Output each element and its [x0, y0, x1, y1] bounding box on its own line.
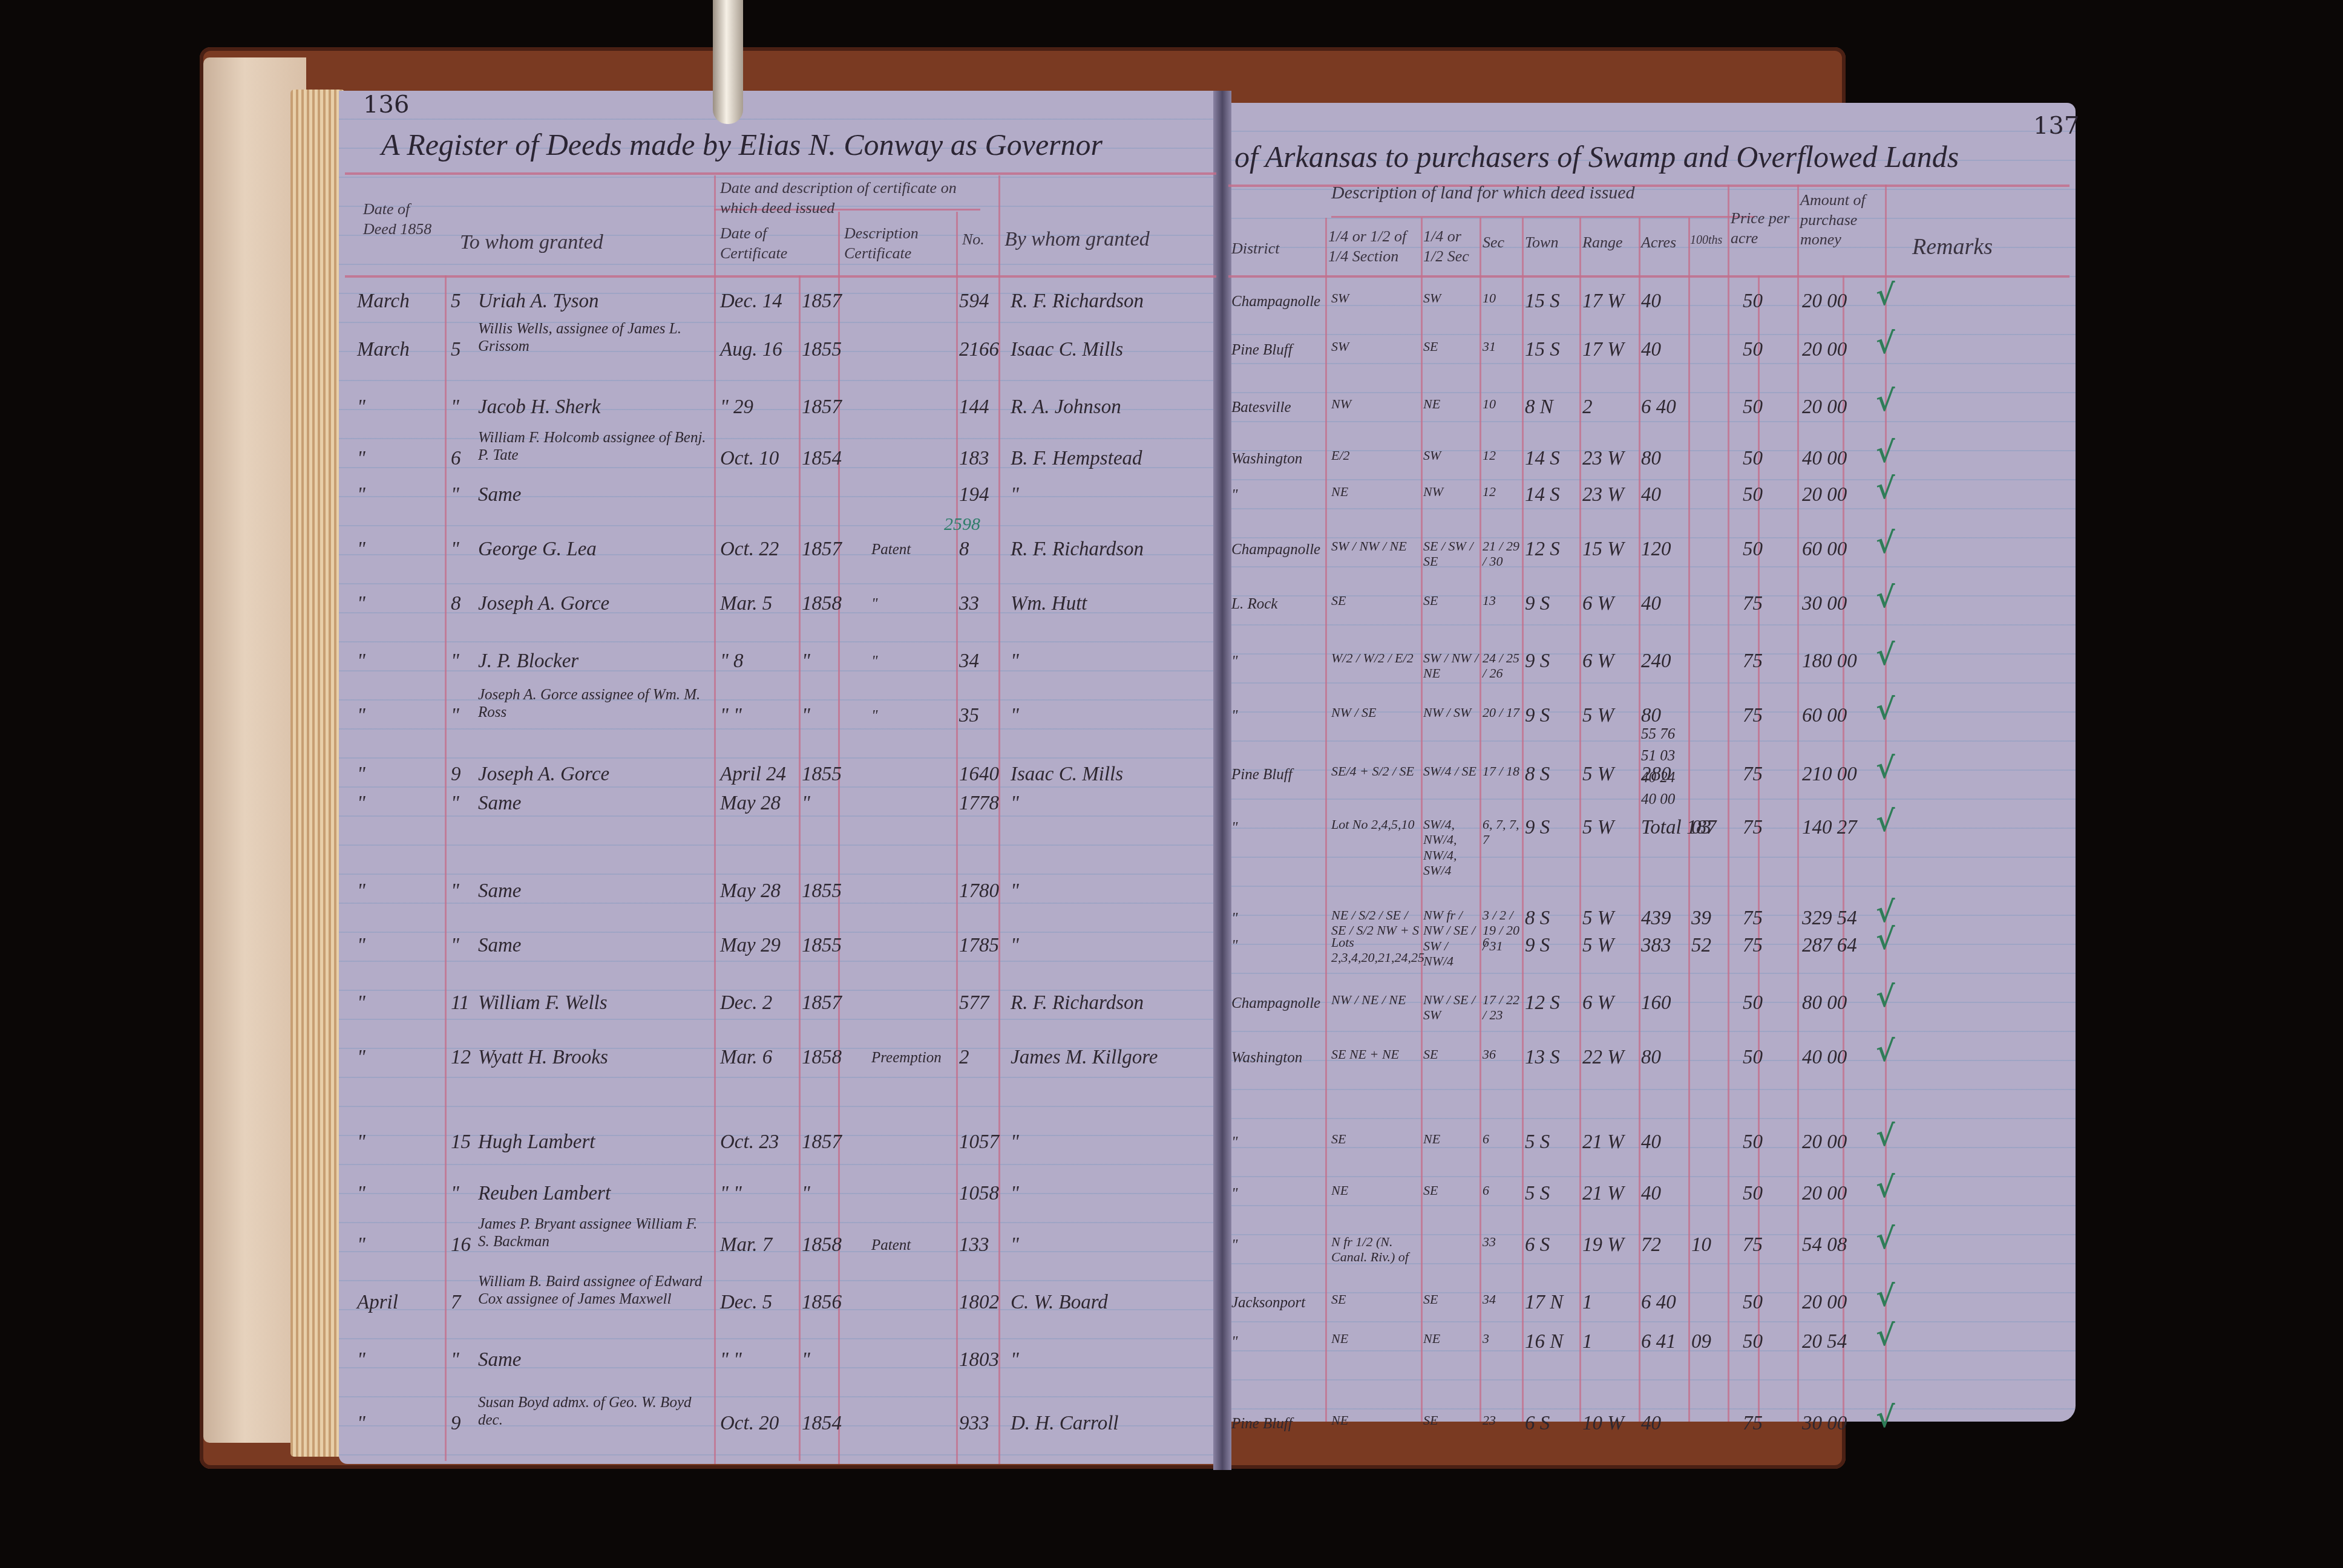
page-stack — [290, 90, 345, 1457]
book-gutter — [1213, 91, 1231, 1470]
certificate-year: 1858 — [802, 1047, 842, 1070]
certificate-year: 1857 — [802, 538, 842, 561]
land-district: Washington — [1231, 1050, 1302, 1067]
certificate-date: May 29 — [720, 935, 781, 958]
quarter-section: Lots 2,3,4,20,21,24,25 — [1331, 935, 1422, 965]
acre-part: 40 00 — [1641, 791, 1675, 809]
quarter-sec: SE — [1423, 593, 1479, 608]
range: 17 W — [1582, 339, 1624, 362]
granted-by: " — [1011, 792, 1019, 815]
grantee-name: Same — [478, 1349, 521, 1372]
deed-day: " — [451, 484, 459, 507]
price-per-acre: 50 — [1743, 992, 1763, 1015]
header-date-of-deed: Date of Deed 1858 — [363, 200, 442, 239]
acres-hundredths: 10 — [1691, 1234, 1711, 1257]
col-rule — [998, 175, 1000, 1464]
certificate-date: " 29 — [720, 396, 753, 419]
deed-day: 7 — [451, 1292, 461, 1315]
col-rule — [1639, 218, 1640, 1422]
deed-day: " — [451, 396, 459, 419]
section-number: 17 / 22 / 23 — [1483, 992, 1521, 1023]
acres: 40 — [1641, 1131, 1661, 1154]
quarter-sec: SW/4 / SE — [1423, 763, 1479, 779]
granted-by: James M. Killgore — [1011, 1047, 1158, 1070]
price-per-acre: 50 — [1743, 396, 1763, 419]
header-hundredths: 100ths — [1690, 233, 1722, 248]
township: 6 S — [1525, 1413, 1550, 1436]
acres: 80 — [1641, 1047, 1661, 1070]
purchase-amount: 329 54 — [1802, 907, 1857, 930]
land-district: " — [1231, 1334, 1238, 1351]
acres: 240 — [1641, 650, 1671, 673]
deed-day: 5 — [451, 339, 461, 362]
price-per-acre: 75 — [1743, 650, 1763, 673]
township: 8 S — [1525, 907, 1550, 930]
certificate-year: " — [802, 792, 810, 815]
acres-hundredths: 39 — [1691, 907, 1711, 930]
land-district: " — [1231, 487, 1238, 505]
certificate-year: 1857 — [802, 396, 842, 419]
township: 9 S — [1525, 817, 1550, 840]
deed-month: " — [357, 935, 365, 958]
land-district: Washington — [1231, 451, 1302, 468]
granted-by: " — [1011, 1183, 1019, 1206]
grantee-name: William B. Baird assignee of Edward Cox … — [478, 1273, 711, 1308]
granted-by: " — [1011, 1234, 1019, 1257]
quarter-section: SW / NW / NE — [1331, 538, 1422, 554]
quarter-section: NW — [1331, 396, 1422, 411]
granted-by: C. W. Board — [1011, 1292, 1108, 1315]
acres: 80 — [1641, 448, 1661, 471]
quarter-sec: SE — [1423, 1413, 1479, 1428]
certificate-description: " — [871, 708, 878, 725]
price-per-acre: 50 — [1743, 339, 1763, 362]
quarter-sec: SE — [1423, 1047, 1479, 1062]
granted-by: " — [1011, 1131, 1019, 1154]
granted-by: " — [1011, 935, 1019, 958]
ledger-title-right: of Arkansas to purchasers of Swamp and O… — [1234, 139, 1959, 174]
certificate-year: 1858 — [802, 593, 842, 616]
range: 10 W — [1582, 1413, 1624, 1436]
deed-month: " — [357, 992, 365, 1015]
header-rule-bottom-left — [345, 275, 1216, 278]
deed-month: " — [357, 650, 365, 673]
granted-by: R. F. Richardson — [1011, 290, 1144, 313]
price-per-acre: 75 — [1743, 593, 1763, 616]
deed-day: " — [451, 650, 459, 673]
range: 5 W — [1582, 817, 1614, 840]
granted-by: R. F. Richardson — [1011, 538, 1144, 561]
acres: 6 40 — [1641, 1292, 1676, 1315]
land-district: Champagnolle — [1231, 995, 1320, 1013]
grantee-name: George G. Lea — [478, 538, 597, 561]
verified-check-icon: √ — [1876, 923, 1895, 956]
land-district: Champagnolle — [1231, 541, 1320, 559]
grantee-name: Same — [478, 792, 521, 815]
range: 21 W — [1582, 1183, 1624, 1206]
certificate-number: 35 — [959, 705, 979, 728]
quarter-section: SE/4 + S/2 / SE — [1331, 763, 1422, 779]
certificate-date: May 28 — [720, 880, 781, 903]
price-per-acre: 50 — [1743, 448, 1763, 471]
certificate-number: 194 — [959, 484, 989, 507]
verified-check-icon: √ — [1876, 1319, 1895, 1353]
quarter-section: SE — [1331, 1292, 1422, 1307]
certificate-number: 8 — [959, 538, 969, 561]
section-number: 23 — [1483, 1413, 1521, 1428]
deed-month: " — [357, 448, 365, 471]
grantee-name: Susan Boyd admx. of Geo. W. Boyd dec. — [478, 1394, 711, 1429]
price-per-acre: 75 — [1743, 705, 1763, 728]
range: 5 W — [1582, 763, 1614, 786]
deed-month: " — [357, 1047, 365, 1070]
certificate-number: 577 — [959, 992, 989, 1015]
range: 5 W — [1582, 907, 1614, 930]
quarter-sec: SW / NW / NE — [1423, 650, 1479, 681]
section-number: 21 / 29 / 30 — [1483, 538, 1521, 569]
certificate-number: 1057 — [959, 1131, 999, 1154]
deed-day: 8 — [451, 593, 461, 616]
price-per-acre: 75 — [1743, 935, 1763, 958]
certificate-date: " 8 — [720, 650, 744, 673]
deed-month: " — [357, 792, 365, 815]
verified-check-icon: √ — [1876, 1119, 1895, 1153]
price-per-acre: 75 — [1743, 1413, 1763, 1436]
deed-month: " — [357, 1413, 365, 1436]
land-district: " — [1231, 910, 1238, 928]
deed-day: 6 — [451, 448, 461, 471]
granted-by: " — [1011, 484, 1019, 507]
quarter-sec: NE — [1423, 1331, 1479, 1346]
grantee-name: Joseph A. Gorce — [478, 763, 609, 786]
range: 6 W — [1582, 992, 1614, 1015]
township: 5 S — [1525, 1131, 1550, 1154]
certificate-number: 1778 — [959, 792, 999, 815]
grantee-name: Reuben Lambert — [478, 1183, 611, 1206]
land-district: Jacksonport — [1231, 1295, 1305, 1312]
certificate-number: 933 — [959, 1413, 989, 1436]
verified-check-icon: √ — [1876, 693, 1895, 727]
col-rule — [799, 275, 801, 1461]
deed-month: " — [357, 396, 365, 419]
deed-day: 16 — [451, 1234, 471, 1257]
range: 6 W — [1582, 650, 1614, 673]
header-town: Town — [1525, 233, 1558, 253]
acres: 6 41 — [1641, 1331, 1676, 1354]
certificate-year: 1857 — [802, 1131, 842, 1154]
certificate-number: 144 — [959, 396, 989, 419]
deed-month: April — [357, 1292, 398, 1315]
grantee-name: J. P. Blocker — [478, 650, 578, 673]
purchase-amount: 180 00 — [1802, 650, 1857, 673]
acres: 40 — [1641, 593, 1661, 616]
section-number: 12 — [1483, 484, 1521, 499]
quarter-section: SW — [1331, 290, 1422, 305]
certificate-date: Mar. 5 — [720, 593, 772, 616]
verified-check-icon: √ — [1876, 436, 1895, 469]
quarter-sec: SW — [1423, 290, 1479, 305]
quarter-sec: SE — [1423, 339, 1479, 354]
township: 15 S — [1525, 290, 1560, 313]
certificate-date: Dec. 2 — [720, 992, 772, 1015]
deed-day: " — [451, 538, 459, 561]
metal-clip — [713, 0, 743, 124]
certificate-year: 1858 — [802, 1234, 842, 1257]
col-rule — [1579, 218, 1581, 1422]
header-to-whom-granted: To whom granted — [460, 230, 603, 256]
acres-hundredths: 03 — [1691, 817, 1711, 840]
range: 22 W — [1582, 1047, 1624, 1070]
land-district: L. Rock — [1231, 596, 1277, 613]
granted-by: Isaac C. Mills — [1011, 339, 1123, 362]
quarter-section: W/2 / W/2 / E/2 — [1331, 650, 1422, 665]
header-no: No. — [962, 230, 985, 250]
price-per-acre: 50 — [1743, 1292, 1763, 1315]
certificate-year: 1855 — [802, 935, 842, 958]
purchase-amount: 20 00 — [1802, 484, 1847, 507]
grantee-name: Wyatt H. Brooks — [478, 1047, 608, 1070]
certificate-description: " — [871, 596, 878, 613]
township: 6 S — [1525, 1234, 1550, 1257]
verified-check-icon: √ — [1876, 638, 1895, 672]
deed-day: 9 — [451, 1413, 461, 1436]
col-rule — [1522, 218, 1524, 1422]
township: 17 N — [1525, 1292, 1563, 1315]
purchase-amount: 20 54 — [1802, 1331, 1847, 1354]
range: 5 W — [1582, 935, 1614, 958]
quarter-section: NE — [1331, 1413, 1422, 1428]
certificate-date: Dec. 5 — [720, 1292, 772, 1315]
land-district: Champagnolle — [1231, 293, 1320, 311]
certificate-number: 2 — [959, 1047, 969, 1070]
certificate-number: 1640 — [959, 763, 999, 786]
header-price-per-acre: Price per acre — [1731, 209, 1791, 248]
section-number: 34 — [1483, 1292, 1521, 1307]
land-district: Pine Bluff — [1231, 766, 1293, 784]
purchase-amount: 20 00 — [1802, 1183, 1847, 1206]
purchase-amount: 20 00 — [1802, 339, 1847, 362]
range: 1 — [1582, 1292, 1593, 1315]
quarter-section: N fr 1/2 (N. Canal. Riv.) of — [1331, 1234, 1422, 1265]
deed-month: March — [357, 339, 410, 362]
quarter-sec: NW / SE / SW — [1423, 992, 1479, 1023]
acres-hundredths: 52 — [1691, 935, 1711, 958]
acre-part: 55 76 — [1641, 726, 1675, 743]
header-rule-bottom-right — [1228, 275, 2069, 278]
header-remarks: Remarks — [1912, 233, 1993, 262]
grantee-name: Same — [478, 880, 521, 903]
certificate-year: " — [802, 1349, 810, 1372]
acres: 40 — [1641, 339, 1661, 362]
grantee-name: Same — [478, 484, 521, 507]
granted-by: " — [1011, 650, 1019, 673]
right-page-number: 137 — [2033, 112, 2079, 140]
certificate-year: 1856 — [802, 1292, 842, 1315]
township: 14 S — [1525, 484, 1560, 507]
section-number: 6 — [1483, 935, 1521, 950]
certificate-year: " — [802, 650, 810, 673]
price-per-acre: 75 — [1743, 907, 1763, 930]
purchase-amount: 60 00 — [1802, 705, 1847, 728]
acres: 80 — [1641, 705, 1661, 728]
certificate-description: Patent — [871, 1237, 911, 1255]
purchase-amount: 140 27 — [1802, 817, 1857, 840]
township: 8 N — [1525, 396, 1553, 419]
certificate-number: 34 — [959, 650, 979, 673]
verified-check-icon: √ — [1876, 1400, 1895, 1434]
quarter-sec: NW — [1423, 484, 1479, 499]
margin-note: 2598 — [944, 514, 980, 535]
quarter-sec: NE — [1423, 1131, 1479, 1146]
deed-day: " — [451, 880, 459, 903]
deed-month: " — [357, 763, 365, 786]
certificate-number: 2166 — [959, 339, 999, 362]
deed-day: " — [451, 1349, 459, 1372]
purchase-amount: 30 00 — [1802, 593, 1847, 616]
range: 15 W — [1582, 538, 1624, 561]
range: 23 W — [1582, 484, 1624, 507]
verified-check-icon: √ — [1876, 526, 1895, 560]
township: 15 S — [1525, 339, 1560, 362]
grantee-name: Willis Wells, assignee of James L. Griss… — [478, 321, 711, 356]
deed-day: " — [451, 705, 459, 728]
township: 13 S — [1525, 1047, 1560, 1070]
purchase-amount: 30 00 — [1802, 1413, 1847, 1436]
purchase-amount: 20 00 — [1802, 396, 1847, 419]
granted-by: " — [1011, 880, 1019, 903]
grantee-name: Jacob H. Sherk — [478, 396, 601, 419]
granted-by: R. F. Richardson — [1011, 992, 1144, 1015]
land-district: Batesville — [1231, 399, 1291, 417]
quarter-section: SE NE + NE — [1331, 1047, 1422, 1062]
grantee-name: Hugh Lambert — [478, 1131, 595, 1154]
verified-check-icon: √ — [1876, 581, 1895, 615]
section-number: 10 — [1483, 290, 1521, 305]
col-rule — [1797, 185, 1799, 1422]
header-land-group: Description of land for which deed issue… — [1331, 181, 1719, 204]
land-district: " — [1231, 1186, 1238, 1203]
purchase-amount: 40 00 — [1802, 448, 1847, 471]
quarter-section: Lot No 2,4,5,10 — [1331, 817, 1422, 832]
header-amount: Amount of purchase money — [1800, 191, 1885, 250]
deed-day: 11 — [451, 992, 470, 1015]
township: 9 S — [1525, 705, 1550, 728]
grantee-name: Joseph A. Gorce assignee of Wm. M. Ross — [478, 687, 711, 722]
quarter-sec: SW — [1423, 448, 1479, 463]
quarter-section: NE — [1331, 1331, 1422, 1346]
deed-day: 9 — [451, 763, 461, 786]
header-range: Range — [1582, 233, 1622, 253]
deed-month: " — [357, 1131, 365, 1154]
col-rule — [714, 175, 716, 1464]
verified-check-icon: √ — [1876, 980, 1895, 1014]
granted-by: B. F. Hempstead — [1011, 448, 1142, 471]
acres: 40 — [1641, 1413, 1661, 1436]
price-per-acre: 75 — [1743, 1234, 1763, 1257]
quarter-sec: SE — [1423, 1183, 1479, 1198]
section-number: 13 — [1483, 593, 1521, 608]
quarter-section: NW / SE — [1331, 705, 1422, 720]
header-acres: Acres — [1641, 233, 1676, 253]
verified-check-icon: √ — [1876, 384, 1895, 418]
price-per-acre: 50 — [1743, 1047, 1763, 1070]
purchase-amount: 20 00 — [1802, 1131, 1847, 1154]
township: 8 S — [1525, 763, 1550, 786]
deed-month: " — [357, 1183, 365, 1206]
price-per-acre: 75 — [1743, 817, 1763, 840]
range: 23 W — [1582, 448, 1624, 471]
verified-check-icon: √ — [1876, 1171, 1895, 1204]
quarter-section: NE — [1331, 484, 1422, 499]
purchase-amount: 60 00 — [1802, 538, 1847, 561]
section-number: 31 — [1483, 339, 1521, 354]
certificate-number: 1058 — [959, 1183, 999, 1206]
deed-month: " — [357, 705, 365, 728]
section-number: 6 — [1483, 1131, 1521, 1146]
granted-by: R. A. Johnson — [1011, 396, 1121, 419]
grantee-name: William F. Wells — [478, 992, 608, 1015]
certificate-year: " — [802, 1183, 810, 1206]
header-quarter-sec: 1/4 or 1/2 Sec — [1423, 227, 1478, 266]
purchase-amount: 287 64 — [1802, 935, 1857, 958]
purchase-amount: 40 00 — [1802, 1047, 1847, 1070]
verified-check-icon: √ — [1876, 1222, 1895, 1256]
deed-month: " — [357, 538, 365, 561]
section-number: 20 / 17 — [1483, 705, 1521, 720]
granted-by: " — [1011, 1349, 1019, 1372]
certificate-date: Oct. 10 — [720, 448, 779, 471]
header-rule-top-left — [345, 172, 1216, 175]
quarter-sec: SE — [1423, 1292, 1479, 1307]
purchase-amount: 210 00 — [1802, 763, 1857, 786]
land-group-rule — [1331, 216, 1755, 218]
price-per-acre: 50 — [1743, 484, 1763, 507]
granted-by: " — [1011, 705, 1019, 728]
land-district: " — [1231, 653, 1238, 671]
certificate-date: Mar. 6 — [720, 1047, 772, 1070]
grantee-name: Uriah A. Tyson — [478, 290, 599, 313]
certificate-year: 1854 — [802, 448, 842, 471]
verified-check-icon: √ — [1876, 327, 1895, 361]
deed-month: " — [357, 880, 365, 903]
verified-check-icon: √ — [1876, 1279, 1895, 1313]
acres: 120 — [1641, 538, 1671, 561]
left-page-number: 136 — [363, 91, 409, 119]
certificate-number: 1802 — [959, 1292, 999, 1315]
quarter-section: NW / NE / NE — [1331, 992, 1422, 1007]
certificate-date: " " — [720, 1349, 742, 1372]
acres: 160 — [1641, 992, 1671, 1015]
certificate-description: Patent — [871, 541, 911, 559]
grantee-name: Joseph A. Gorce — [478, 593, 609, 616]
land-district: " — [1231, 820, 1238, 837]
price-per-acre: 50 — [1743, 290, 1763, 313]
acres: 40 — [1641, 290, 1661, 313]
grantee-name: James P. Bryant assignee William F. S. B… — [478, 1216, 711, 1251]
col-rule — [1325, 218, 1327, 1422]
township: 9 S — [1525, 935, 1550, 958]
certificate-number: 594 — [959, 290, 989, 313]
ledger-title-left: A Register of Deeds made by Elias N. Con… — [381, 127, 1103, 162]
col-rule — [956, 212, 958, 1464]
township: 9 S — [1525, 650, 1550, 673]
deed-month: " — [357, 1349, 365, 1372]
quarter-sec: NW / SW — [1423, 705, 1479, 720]
section-number: 6 — [1483, 1183, 1521, 1198]
header-quarter-section: 1/4 or 1/2 of 1/4 Section — [1328, 227, 1419, 266]
verified-check-icon: √ — [1876, 1034, 1895, 1068]
quarter-section: SE — [1331, 1131, 1422, 1146]
